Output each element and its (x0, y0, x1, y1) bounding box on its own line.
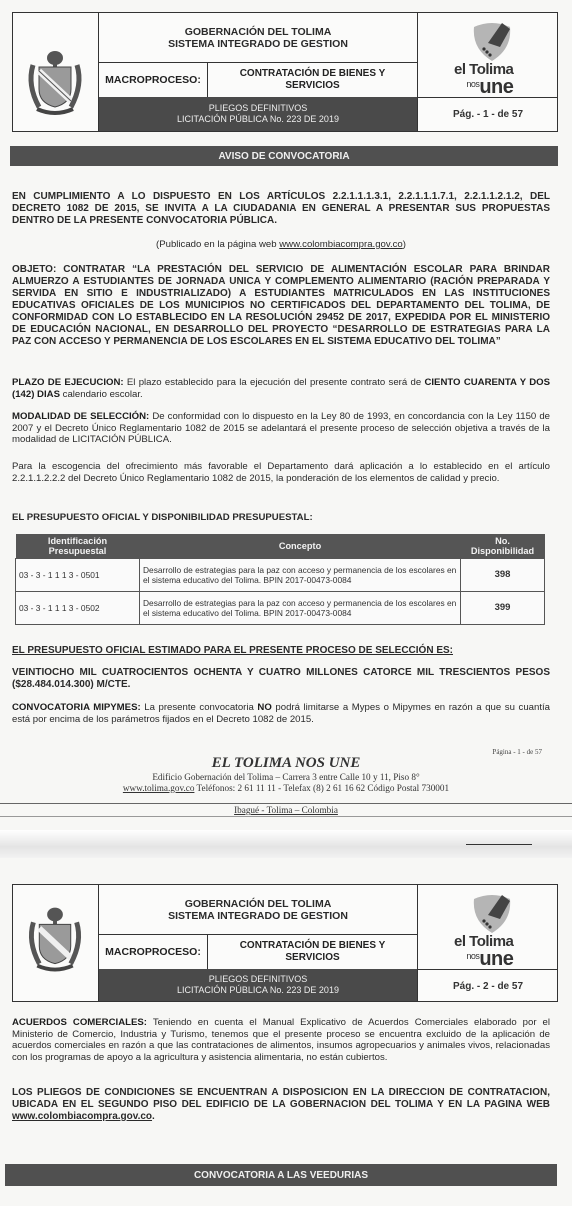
section-bar-veedurias: CONVOCATORIA A LAS VEEDURIAS (5, 1164, 557, 1186)
footer-address: Edificio Gobernación del Tolima – Carrer… (0, 772, 572, 783)
footer-city: Ibagué - Tolima – Colombia (0, 805, 572, 816)
logo-line-1: el Tolima (454, 63, 513, 77)
gov-line-1: GOBERNACIÓN DEL TOLIMA (185, 898, 332, 910)
cell-concepto: Desarrollo de estrategias para la paz co… (140, 559, 461, 592)
cell-numero: 398 (461, 559, 545, 592)
cell-id: 03 - 3 - 1 1 1 3 - 0502 (16, 592, 140, 625)
coat-of-arms-icon (13, 885, 99, 1001)
page-number: Pág. - 1 - de 57 (418, 98, 558, 131)
table-row: 03 - 3 - 1 1 1 3 - 0502 Desarrollo de es… (16, 592, 545, 625)
macro-value-line-2: SERVICIOS (285, 952, 339, 964)
separator-mark (466, 844, 532, 845)
pliegos-banner: PLIEGOS DEFINITIVOS LICITACIÓN PÚBLICA N… (99, 969, 417, 1001)
published-prefix: (Publicado en la página web (156, 239, 279, 250)
handshake-shield-icon (470, 19, 514, 63)
logo-wordmark: el Tolima nosune (454, 935, 513, 966)
gov-line-1: GOBERNACIÓN DEL TOLIMA (185, 26, 332, 38)
table-header-row: Identificación Presupuestal Concepto No.… (16, 534, 545, 559)
logo-une: une (479, 948, 513, 970)
tolima-website-link[interactable]: www.tolima.gov.co (123, 783, 195, 793)
col-concepto: Concepto (140, 534, 461, 559)
presupuesto-heading: EL PRESUPUESTO OFICIAL Y DISPONIBILIDAD … (12, 512, 550, 524)
logo-une: une (479, 76, 513, 98)
pliegos-line-1: PLIEGOS DEFINITIVOS (209, 103, 308, 114)
monto-paragraph: VEINTIOCHO MIL CUATROCIENTOS OCHENTA Y C… (12, 667, 550, 691)
cell-id: 03 - 3 - 1 1 1 3 - 0501 (16, 559, 140, 592)
government-title: GOBERNACIÓN DEL TOLIMA SISTEMA INTEGRADO… (99, 885, 417, 935)
cell-concepto: Desarrollo de estrategias para la paz co… (140, 592, 461, 625)
plazo-end: calendario escolar. (60, 389, 143, 400)
mipymes-no: NO (257, 702, 271, 713)
macro-value-line-2: SERVICIOS (285, 80, 339, 92)
coat-of-arms-icon (13, 13, 99, 131)
pliegos-banner: PLIEGOS DEFINITIVOS LICITACIÓN PÚBLICA N… (99, 97, 417, 131)
macro-value-line-1: CONTRATACIÓN DE BIENES Y (240, 940, 386, 952)
colombiacompra-link-2[interactable]: www.colombiacompra.gov.co (12, 1111, 152, 1122)
macroproceso-value: CONTRATACIÓN DE BIENES Y SERVICIOS (208, 935, 417, 969)
budget-table: Identificación Presupuestal Concepto No.… (15, 534, 545, 625)
published-suffix: ) (403, 239, 406, 250)
macroproceso-label: MACROPROCESO: (99, 63, 208, 97)
colombiacompra-link[interactable]: www.colombiacompra.gov.co (279, 239, 403, 250)
col-identificacion: Identificación Presupuestal (16, 534, 140, 559)
escogencia-paragraph: Para la escogencia del ofrecimiento más … (12, 461, 550, 484)
acuerdos-paragraph: ACUERDOS COMERCIALES: Teniendo en cuenta… (12, 1017, 550, 1063)
cell-numero: 399 (461, 592, 545, 625)
section-bar-aviso: AVISO DE CONVOCATORIA (10, 146, 558, 166)
plazo-label: PLAZO DE EJECUCION: (12, 377, 124, 388)
table-row: 03 - 3 - 1 1 1 3 - 0501 Desarrollo de es… (16, 559, 545, 592)
footer-contact: www.tolima.gov.co Teléfonos: 2 61 11 11 … (0, 783, 572, 794)
page-bottom-divider (0, 816, 572, 817)
estimado-heading: EL PRESUPUESTO OFICIAL ESTIMADO PARA EL … (12, 645, 550, 657)
logo-line-1: el Tolima (454, 935, 513, 949)
footer-slogan: EL TOLIMA NOS UNE (0, 755, 572, 772)
acuerdos-label: ACUERDOS COMERCIALES: (12, 1017, 147, 1028)
logo-wordmark: el Tolima nosune (454, 63, 513, 94)
gov-line-2: SISTEMA INTEGRADO DE GESTION (168, 38, 348, 50)
page-header: GOBERNACIÓN DEL TOLIMA SISTEMA INTEGRADO… (12, 12, 558, 132)
plazo-paragraph: PLAZO DE EJECUCION: El plazo establecido… (12, 377, 550, 400)
page-header: GOBERNACIÓN DEL TOLIMA SISTEMA INTEGRADO… (12, 884, 558, 1002)
modalidad-paragraph: MODALIDAD DE SELECCIÓN: De conformidad c… (12, 411, 550, 446)
mipymes-text-1: La presente convocatoria (141, 702, 258, 713)
footer-phones: Teléfonos: 2 61 11 11 - Telefax (8) 2 61… (194, 783, 449, 793)
gov-line-2: SISTEMA INTEGRADO DE GESTION (168, 910, 348, 922)
logo-nos: nos (466, 951, 479, 961)
pliegos-line-2: LICITACIÓN PÚBLICA No. 223 DE 2019 (177, 114, 339, 125)
footer-divider (0, 803, 572, 804)
tolima-logo: el Tolima nosune (418, 885, 558, 970)
mipymes-paragraph: CONVOCATORIA MIPYMES: La presente convoc… (12, 702, 550, 725)
government-title: GOBERNACIÓN DEL TOLIMA SISTEMA INTEGRADO… (99, 13, 417, 63)
page-footer: EL TOLIMA NOS UNE Edificio Gobernación d… (0, 755, 572, 793)
objeto-paragraph: OBJETO: CONTRATAR “LA PRESTACIÓN DEL SER… (12, 264, 550, 348)
intro-paragraph: EN CUMPLIMIENTO A LO DISPUESTO EN LOS AR… (12, 191, 550, 227)
pliegos-end: . (152, 1111, 155, 1122)
pliegos-text: LOS PLIEGOS DE CONDICIONES SE ENCUENTRAN… (12, 1087, 550, 1110)
plazo-text: El plazo establecido para la ejecución d… (124, 377, 425, 388)
document-page-1: GOBERNACIÓN DEL TOLIMA SISTEMA INTEGRADO… (0, 0, 572, 830)
tolima-logo: el Tolima nosune (418, 13, 558, 98)
page-number: Pág. - 2 - de 57 (418, 970, 558, 1003)
footer-city-wrap: Ibagué - Tolima – Colombia (0, 805, 572, 816)
modalidad-label: MODALIDAD DE SELECCIÓN: (12, 411, 149, 422)
col-disponibilidad: No. Disponibilidad (461, 534, 545, 559)
pliegos-paragraph: LOS PLIEGOS DE CONDICIONES SE ENCUENTRAN… (12, 1087, 550, 1123)
published-note: (Publicado en la página web www.colombia… (12, 239, 550, 251)
macroproceso-value: CONTRATACIÓN DE BIENES Y SERVICIOS (208, 63, 417, 97)
macroproceso-label: MACROPROCESO: (99, 935, 208, 969)
pliegos-line-2: LICITACIÓN PÚBLICA No. 223 DE 2019 (177, 985, 339, 996)
handshake-shield-icon (470, 891, 514, 935)
mipymes-label: CONVOCATORIA MIPYMES: (12, 702, 141, 713)
macro-value-line-1: CONTRATACIÓN DE BIENES Y (240, 68, 386, 80)
document-page-2: GOBERNACIÓN DEL TOLIMA SISTEMA INTEGRADO… (0, 858, 572, 1206)
page-separator (0, 830, 572, 858)
pliegos-line-1: PLIEGOS DEFINITIVOS (209, 974, 308, 985)
logo-nos: nos (466, 79, 479, 89)
